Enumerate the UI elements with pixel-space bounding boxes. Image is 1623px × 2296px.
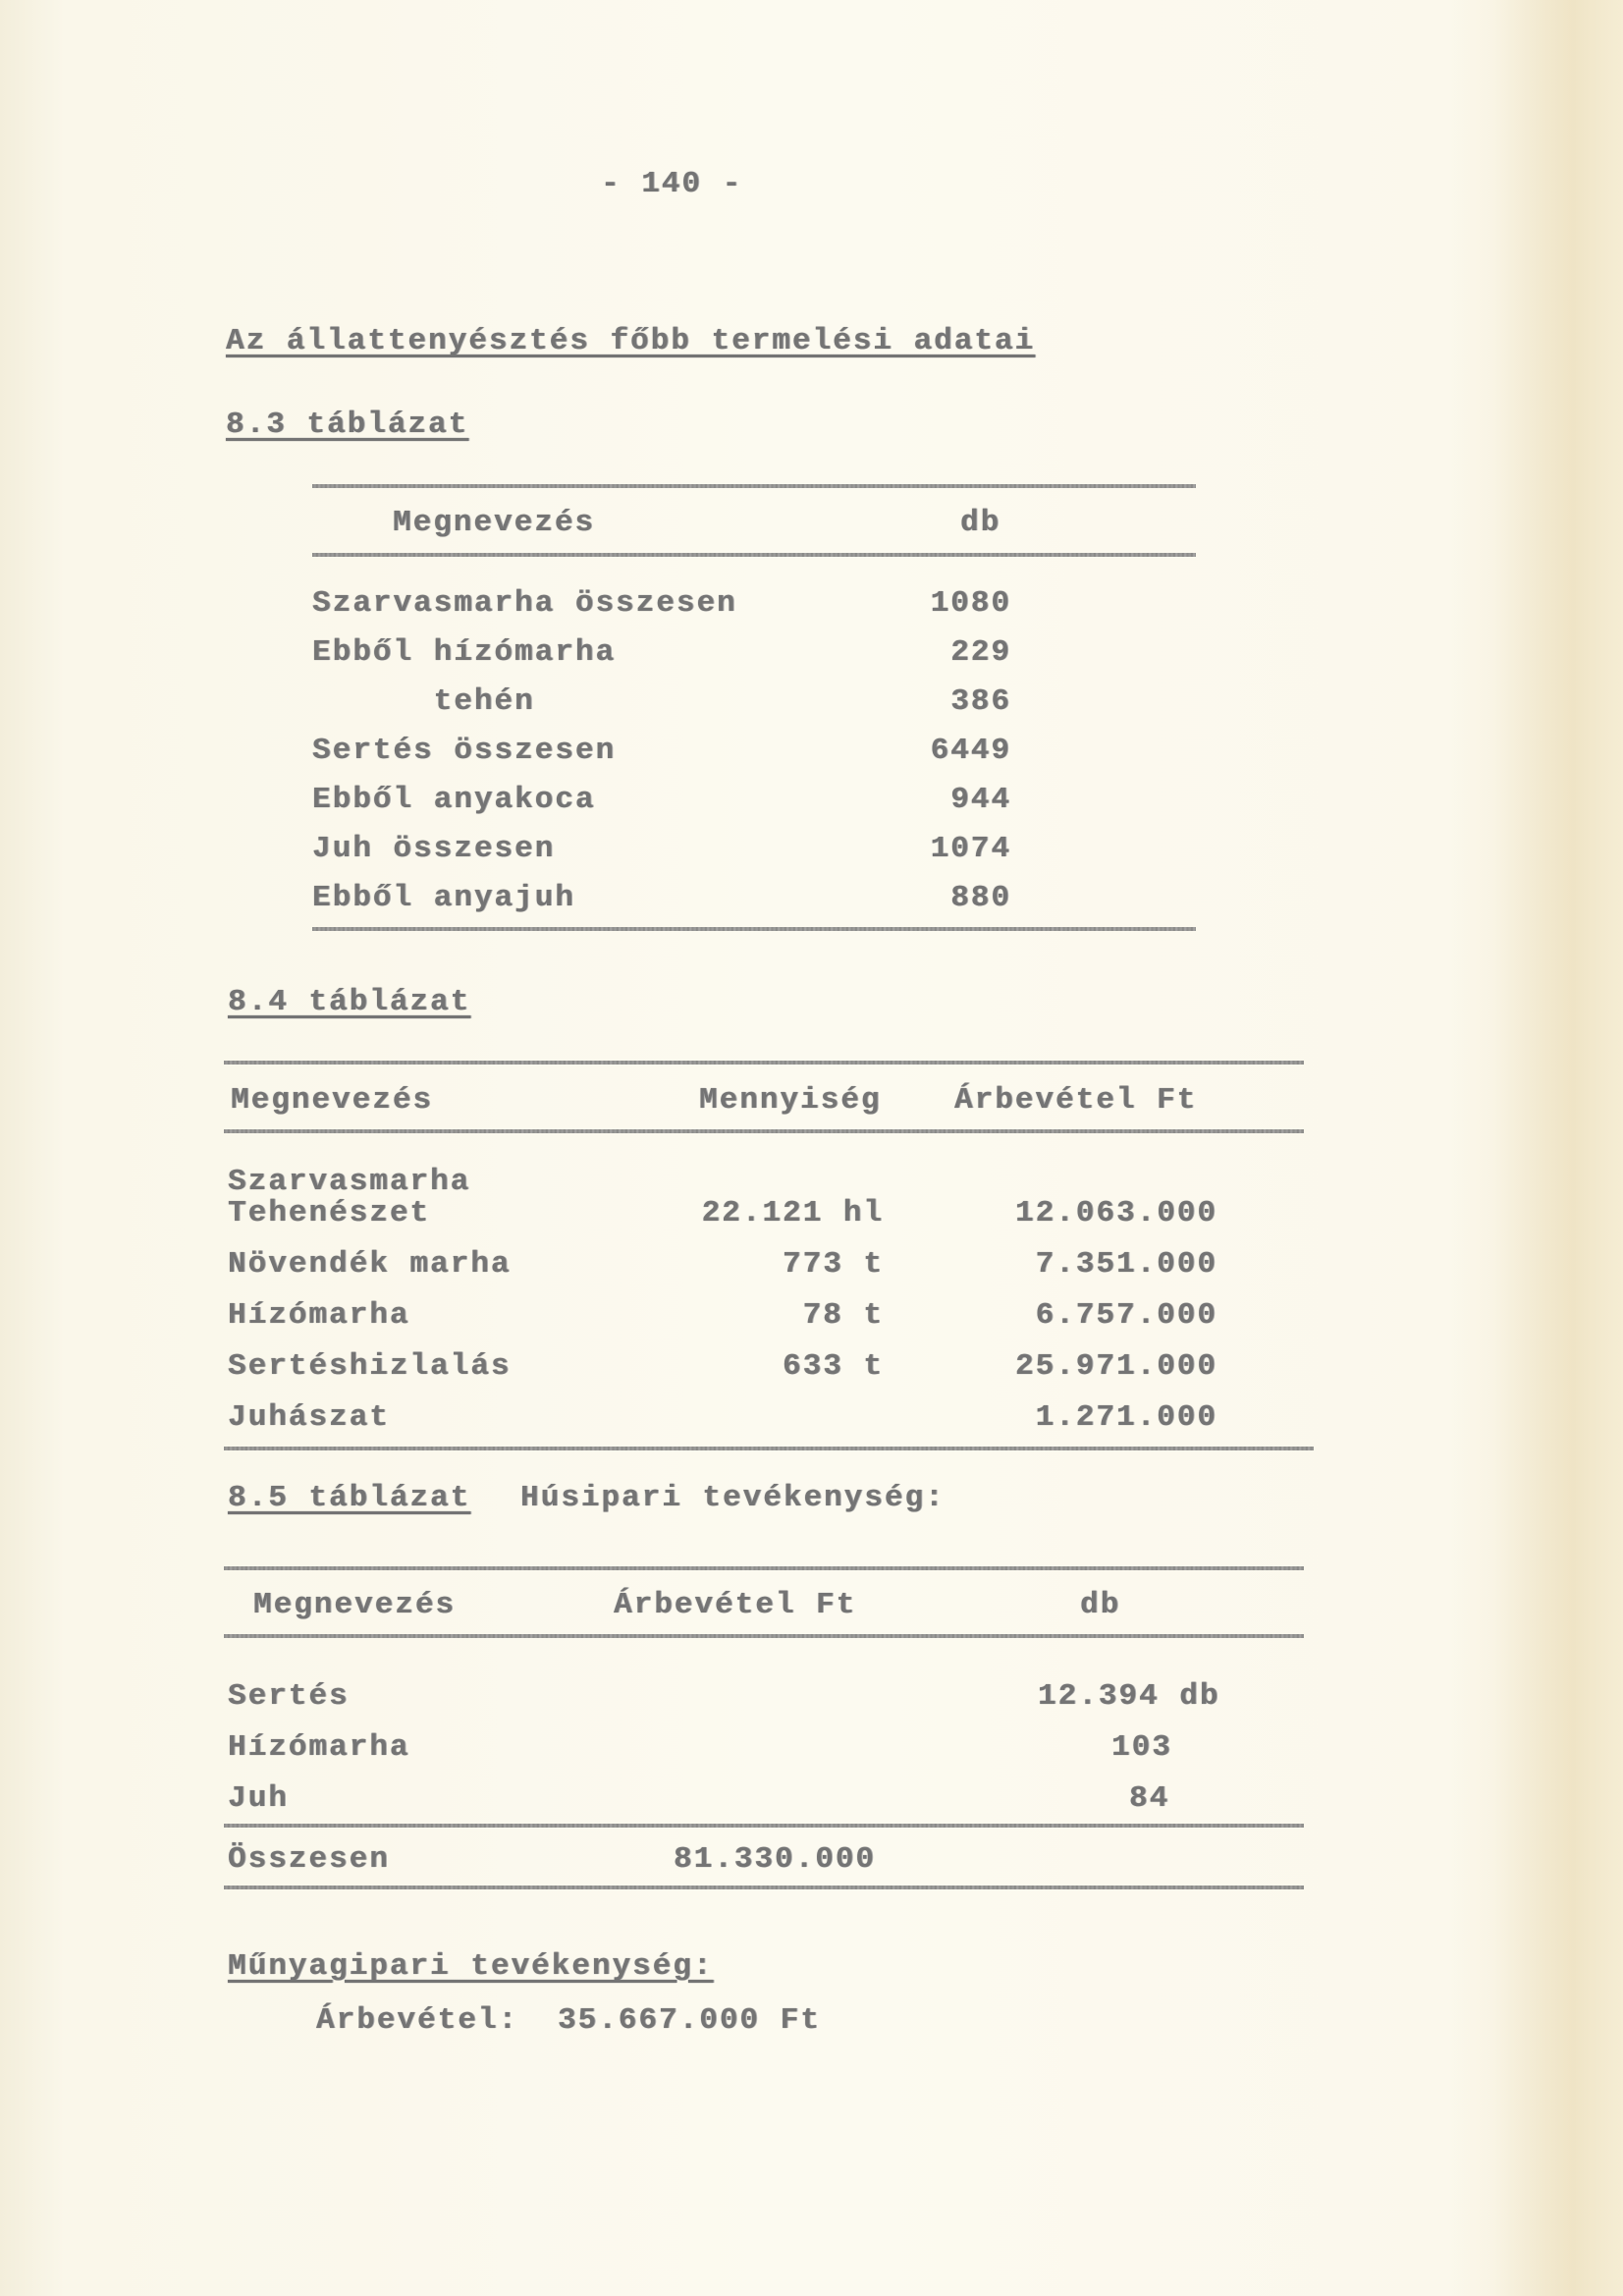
row-revenue: 1.271.000 <box>982 1400 1217 1435</box>
table-8-3-top-rule <box>312 484 1196 488</box>
table-8-4-bottom-rule <box>224 1447 1314 1450</box>
row-name: tehén <box>312 684 535 719</box>
row-db: 1074 <box>884 832 1011 866</box>
table-8-5-header-rule <box>224 1634 1304 1638</box>
table-8-5-header-db: db <box>1080 1588 1120 1622</box>
table-8-5-header-name: Megnevezés <box>253 1588 456 1622</box>
table-8-4-header-rule <box>224 1129 1304 1133</box>
canning-revenue-value: 35.667.000 Ft <box>558 2003 821 2038</box>
page-edge-shading <box>1446 0 1623 2296</box>
table-8-5-caption: Húsipari tevékenység: <box>520 1481 946 1515</box>
row-name: Sertés <box>228 1679 350 1714</box>
table-8-3-bottom-rule <box>312 927 1196 931</box>
row-name: Hízómarha <box>228 1298 409 1333</box>
row-db: 6449 <box>884 734 1011 768</box>
row-name: Juh <box>228 1781 289 1816</box>
row-db: 880 <box>884 881 1011 915</box>
row-quantity: 633 t <box>628 1349 884 1384</box>
row-name: Sertés összesen <box>312 734 616 768</box>
row-name: Növendék marha <box>228 1247 511 1282</box>
row-db: 103 <box>1111 1730 1172 1765</box>
table-8-4-top-rule <box>224 1061 1304 1065</box>
row-revenue: 12.063.000 <box>982 1196 1217 1230</box>
row-quantity: 773 t <box>628 1247 884 1282</box>
table-8-4-header-revenue: Árbevétel Ft <box>954 1083 1197 1118</box>
row-db: 1080 <box>884 586 1011 621</box>
table-8-4-header-name: Megnevezés <box>231 1083 433 1118</box>
row-name: Ebből hízómarha <box>312 635 616 670</box>
table-8-5-header-revenue: Árbevétel Ft <box>614 1588 856 1622</box>
row-name: Szarvasmarha összesen <box>312 586 737 621</box>
table-8-3-header-db: db <box>960 506 1001 540</box>
row-db: 12.394 db <box>1038 1679 1219 1714</box>
row-name: Ebből anyakoca <box>312 783 595 817</box>
table-8-5-top-rule <box>224 1566 1304 1570</box>
row-db: 944 <box>884 783 1011 817</box>
row-quantity: 22.121 hl <box>628 1196 884 1230</box>
row-name: Szarvasmarha <box>228 1165 470 1199</box>
table-8-4-header-quantity: Mennyiség <box>699 1083 881 1118</box>
row-name: Juhászat <box>228 1400 390 1435</box>
total-label: Összesen <box>228 1842 390 1877</box>
row-revenue: 25.971.000 <box>982 1349 1217 1384</box>
row-db: 386 <box>884 684 1011 719</box>
canning-revenue-label: Árbevétel: <box>316 2003 518 2038</box>
row-db: 229 <box>884 635 1011 670</box>
table-8-5-label: 8.5 táblázat <box>228 1481 470 1515</box>
row-name: Hízómarha <box>228 1730 409 1765</box>
table-8-3-label: 8.3 táblázat <box>226 408 468 442</box>
page-number: - 140 - <box>601 167 742 201</box>
row-quantity: 78 t <box>628 1298 884 1333</box>
row-revenue: 7.351.000 <box>982 1247 1217 1282</box>
row-revenue: 6.757.000 <box>982 1298 1217 1333</box>
row-name: Sertéshizlalás <box>228 1349 511 1384</box>
row-name: Juh összesen <box>312 832 555 866</box>
table-8-5-total-rule <box>224 1824 1304 1828</box>
page-title: Az állattenyésztés főbb termelési adatai <box>226 324 1035 358</box>
canning-heading: Műnyagipari tevékenység: <box>228 1949 713 1984</box>
total-revenue: 81.330.000 <box>674 1842 876 1877</box>
table-8-4-label: 8.4 táblázat <box>228 985 470 1019</box>
table-8-3-header-rule <box>312 553 1196 557</box>
row-name: Tehenészet <box>228 1196 430 1230</box>
row-db: 84 <box>1129 1781 1169 1816</box>
table-8-5-bottom-rule <box>224 1886 1304 1889</box>
row-name: Ebből anyajuh <box>312 881 575 915</box>
table-8-3-header-name: Megnevezés <box>393 506 595 540</box>
